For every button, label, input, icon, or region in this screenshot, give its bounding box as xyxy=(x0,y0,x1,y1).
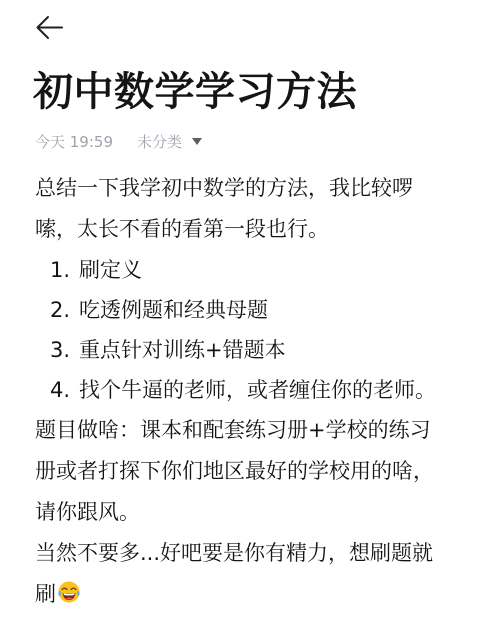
list-text: 吃透例题和经典母题 xyxy=(79,298,268,322)
note-body[interactable]: 总结一下我学初中数学的方法，我比较啰 嗦，太长不看的看第一段也行。 1.刷定义 … xyxy=(35,168,475,615)
laughing-crying-emoji-icon xyxy=(57,577,81,601)
list-item: 2.吃透例题和经典母题 xyxy=(35,290,475,330)
paragraph-closing: 当然不要多...好吧要是你有精力，想刷题就 刷 xyxy=(35,533,475,615)
category-dropdown[interactable]: 未分类 xyxy=(137,131,202,152)
category-label: 未分类 xyxy=(137,131,182,152)
text-line: 嗦，太长不看的看第一段也行。 xyxy=(35,217,329,241)
list-item: 1.刷定义 xyxy=(35,250,475,290)
paragraph-materials: 题目做啥：课本和配套练习册+学校的练习 册或者打探下你们地区最好的学校用的啥， … xyxy=(35,410,475,533)
list-number: 4. xyxy=(50,370,79,410)
text-line: 刷 xyxy=(35,582,56,606)
caret-down-icon xyxy=(192,138,202,145)
text-line: 请你跟风。 xyxy=(35,500,140,524)
list-text: 重点针对训练+错题本 xyxy=(79,338,286,362)
list-item: 4.找个牛逼的老师，或者缠住你的老师。 xyxy=(35,370,475,410)
method-list: 1.刷定义 2.吃透例题和经典母题 3.重点针对训练+错题本 4.找个牛逼的老师… xyxy=(35,250,475,410)
text-line: 题目做啥：课本和配套练习册+学校的练习 xyxy=(35,418,431,442)
list-number: 2. xyxy=(50,290,79,330)
list-text: 刷定义 xyxy=(79,258,142,282)
list-item: 3.重点针对训练+错题本 xyxy=(35,330,475,370)
list-number: 3. xyxy=(50,330,79,370)
back-button[interactable] xyxy=(34,12,66,44)
text-line: 册或者打探下你们地区最好的学校用的啥， xyxy=(35,459,434,483)
timestamp: 今天 19:59 xyxy=(35,131,113,152)
text-line: 当然不要多...好吧要是你有精力，想刷题就 xyxy=(35,541,433,565)
note-meta: 今天 19:59 未分类 xyxy=(35,130,202,152)
arrow-left-icon xyxy=(34,12,66,44)
list-text: 找个牛逼的老师，或者缠住你的老师。 xyxy=(79,378,436,402)
paragraph-intro: 总结一下我学初中数学的方法，我比较啰 嗦，太长不看的看第一段也行。 xyxy=(35,168,475,250)
list-number: 1. xyxy=(50,250,79,290)
text-line: 总结一下我学初中数学的方法，我比较啰 xyxy=(35,176,413,200)
note-title[interactable]: 初中数学学习方法 xyxy=(33,64,357,120)
